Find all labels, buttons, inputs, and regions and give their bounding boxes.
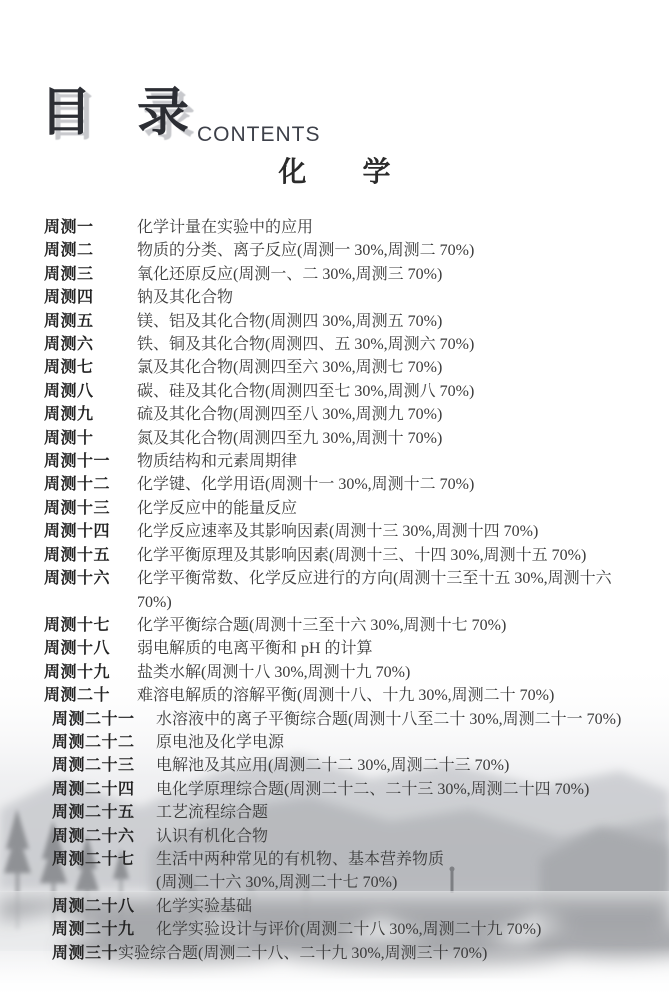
- toc-row-content: 碳、硅及其化合物(周测四至七 30%,周测八 70%): [137, 380, 474, 403]
- toc-row-content: 氧化还原反应(周测一、二 30%,周测三 70%): [137, 263, 442, 286]
- toc-row-label: 周测二十一: [52, 708, 156, 731]
- toc-row: 周测十六化学平衡常数、化学反应进行的方向(周测十三至十五 30%,周测十六 70…: [44, 567, 649, 614]
- page-title-chinese: 目 录: [40, 88, 205, 140]
- toc-row-label: 周测十四: [44, 520, 137, 543]
- toc-row-label: 周测二十五: [52, 801, 156, 824]
- toc-row-content: 物质的分类、离子反应(周测一 30%,周测二 70%): [137, 239, 474, 262]
- toc-row-label: 周测二十八: [52, 895, 156, 918]
- toc-row-content: 氯及其化合物(周测四至六 30%,周测七 70%): [137, 356, 442, 379]
- toc-row-content: 化学平衡常数、化学反应进行的方向(周测十三至十五 30%,周测十六 70%): [137, 567, 649, 614]
- toc-row-label: 周测十二: [44, 473, 137, 496]
- toc-row-label: 周测十三: [44, 497, 137, 520]
- toc-row-content: 实验综合题(周测二十八、二十九 30%,周测三十 70%): [118, 942, 487, 965]
- toc-row-content: 镁、铝及其化合物(周测四 30%,周测五 70%): [137, 310, 442, 333]
- toc-row-content: 水溶液中的离子平衡综合题(周测十八至二十 30%,周测二十一 70%): [156, 708, 621, 731]
- toc-row-label: 周测四: [44, 286, 137, 309]
- toc-row: 周测十一物质结构和元素周期律: [44, 450, 649, 473]
- toc-row-label: 周测六: [44, 333, 137, 356]
- toc-row: 周测二十难溶电解质的溶解平衡(周测十八、十九 30%,周测二十 70%): [44, 684, 649, 707]
- toc-row-content: 化学实验基础: [156, 895, 252, 918]
- toc-row-label: 周测二: [44, 239, 137, 262]
- toc-row-label: 周测十七: [44, 614, 137, 637]
- toc-row-label: 周测十六: [44, 567, 137, 590]
- toc-row-content: 电解池及其应用(周测二十二 30%,周测二十三 70%): [156, 754, 509, 777]
- toc-row: 周测二十四电化学原理综合题(周测二十二、二十三 30%,周测二十四 70%): [52, 778, 649, 801]
- toc-row: 周测九硫及其化合物(周测四至八 30%,周测九 70%): [44, 403, 649, 426]
- toc-row-label: 周测二十二: [52, 731, 156, 754]
- toc-row-content: 化学反应中的能量反应: [137, 497, 297, 520]
- toc-row-content: 铁、铜及其化合物(周测四、五 30%,周测六 70%): [137, 333, 474, 356]
- toc-row-content: 硫及其化合物(周测四至八 30%,周测九 70%): [137, 403, 442, 426]
- toc-row-label: 周测二十: [44, 684, 137, 707]
- toc-row-content: 工艺流程综合题: [156, 801, 268, 824]
- toc-page: 目 录 CONTENTS 化 学 周测一化学计量在实验中的应用周测二物质的分类、…: [0, 0, 669, 999]
- toc-row-label: 周测三十: [52, 942, 118, 965]
- toc-row: 周测四钠及其化合物: [44, 286, 649, 309]
- toc-row-content: 生活中两种常见的有机物、基本营养物质 (周测二十六 30%,周测二十七 70%): [156, 848, 444, 895]
- toc-row: 周测十二化学键、化学用语(周测十一 30%,周测十二 70%): [44, 473, 649, 496]
- toc-row-content: 弱电解质的电离平衡和 pH 的计算: [137, 637, 373, 660]
- toc-row: 周测十三化学反应中的能量反应: [44, 497, 649, 520]
- toc-row: 周测一化学计量在实验中的应用: [44, 216, 649, 239]
- toc-row-label: 周测七: [44, 356, 137, 379]
- toc-row: 周测十七化学平衡综合题(周测十三至十六 30%,周测十七 70%): [44, 614, 649, 637]
- toc-row-content: 盐类水解(周测十八 30%,周测十九 70%): [137, 661, 410, 684]
- toc-row: 周测十五化学平衡原理及其影响因素(周测十三、十四 30%,周测十五 70%): [44, 544, 649, 567]
- toc-row-content: 化学平衡综合题(周测十三至十六 30%,周测十七 70%): [137, 614, 506, 637]
- toc-row: 周测二十五工艺流程综合题: [52, 801, 649, 824]
- toc-row-label: 周测一: [44, 216, 137, 239]
- toc-list: 周测一化学计量在实验中的应用周测二物质的分类、离子反应(周测一 30%,周测二 …: [44, 216, 649, 965]
- title-block: 目 录 CONTENTS: [0, 0, 669, 140]
- toc-row: 周测八碳、硅及其化合物(周测四至七 30%,周测八 70%): [44, 380, 649, 403]
- toc-row-label: 周测五: [44, 310, 137, 333]
- toc-row-label: 周测二十九: [52, 918, 156, 941]
- toc-row-label: 周测三: [44, 263, 137, 286]
- toc-row-label: 周测十一: [44, 450, 137, 473]
- toc-row-content: 认识有机化合物: [156, 825, 268, 848]
- toc-row-content: 化学实验设计与评价(周测二十八 30%,周测二十九 70%): [156, 918, 541, 941]
- toc-row: 周测二十二原电池及化学电源: [52, 731, 649, 754]
- toc-row-content: 物质结构和元素周期律: [137, 450, 297, 473]
- toc-row-label: 周测九: [44, 403, 137, 426]
- toc-row-content: 化学计量在实验中的应用: [137, 216, 313, 239]
- toc-row: 周测十八弱电解质的电离平衡和 pH 的计算: [44, 637, 649, 660]
- toc-row-content: 原电池及化学电源: [156, 731, 284, 754]
- toc-row-label: 周测十: [44, 427, 137, 450]
- toc-row-label: 周测二十三: [52, 754, 156, 777]
- toc-row: 周测五镁、铝及其化合物(周测四 30%,周测五 70%): [44, 310, 649, 333]
- toc-row: 周测二十六认识有机化合物: [52, 825, 649, 848]
- page-title-english: CONTENTS: [197, 123, 321, 147]
- toc-row-label: 周测二十四: [52, 778, 156, 801]
- toc-row-content: 电化学原理综合题(周测二十二、二十三 30%,周测二十四 70%): [156, 778, 589, 801]
- toc-row-content: 化学键、化学用语(周测十一 30%,周测十二 70%): [137, 473, 474, 496]
- toc-row-content: 钠及其化合物: [137, 286, 233, 309]
- toc-row-label: 周测十九: [44, 661, 137, 684]
- page-content: 目 录 CONTENTS 化 学 周测一化学计量在实验中的应用周测二物质的分类、…: [0, 0, 669, 965]
- toc-row: 周测二十三电解池及其应用(周测二十二 30%,周测二十三 70%): [52, 754, 649, 777]
- toc-row-content: 化学平衡原理及其影响因素(周测十三、十四 30%,周测十五 70%): [137, 544, 586, 567]
- toc-row: 周测六铁、铜及其化合物(周测四、五 30%,周测六 70%): [44, 333, 649, 356]
- toc-row: 周测二十一水溶液中的离子平衡综合题(周测十八至二十 30%,周测二十一 70%): [52, 708, 649, 731]
- toc-row: 周测二十九化学实验设计与评价(周测二十八 30%,周测二十九 70%): [52, 918, 649, 941]
- toc-row: 周测十九盐类水解(周测十八 30%,周测十九 70%): [44, 661, 649, 684]
- toc-row: 周测十四化学反应速率及其影响因素(周测十三 30%,周测十四 70%): [44, 520, 649, 543]
- toc-row-content: 化学反应速率及其影响因素(周测十三 30%,周测十四 70%): [137, 520, 538, 543]
- toc-row: 周测三氧化还原反应(周测一、二 30%,周测三 70%): [44, 263, 649, 286]
- toc-row-label: 周测十八: [44, 637, 137, 660]
- toc-row-label: 周测二十七: [52, 848, 156, 871]
- toc-row: 周测二物质的分类、离子反应(周测一 30%,周测二 70%): [44, 239, 649, 262]
- toc-row: 周测三十实验综合题(周测二十八、二十九 30%,周测三十 70%): [52, 942, 649, 965]
- toc-row-label: 周测二十六: [52, 825, 156, 848]
- toc-row: 周测二十八化学实验基础: [52, 895, 649, 918]
- toc-row: 周测十氮及其化合物(周测四至九 30%,周测十 70%): [44, 427, 649, 450]
- section-header-chemistry: 化 学: [0, 156, 669, 190]
- toc-row-content: 氮及其化合物(周测四至九 30%,周测十 70%): [137, 427, 442, 450]
- toc-row-label: 周测十五: [44, 544, 137, 567]
- toc-row: 周测二十七生活中两种常见的有机物、基本营养物质 (周测二十六 30%,周测二十七…: [52, 848, 649, 895]
- toc-row-label: 周测八: [44, 380, 137, 403]
- toc-row: 周测七氯及其化合物(周测四至六 30%,周测七 70%): [44, 356, 649, 379]
- toc-row-content: 难溶电解质的溶解平衡(周测十八、十九 30%,周测二十 70%): [137, 684, 554, 707]
